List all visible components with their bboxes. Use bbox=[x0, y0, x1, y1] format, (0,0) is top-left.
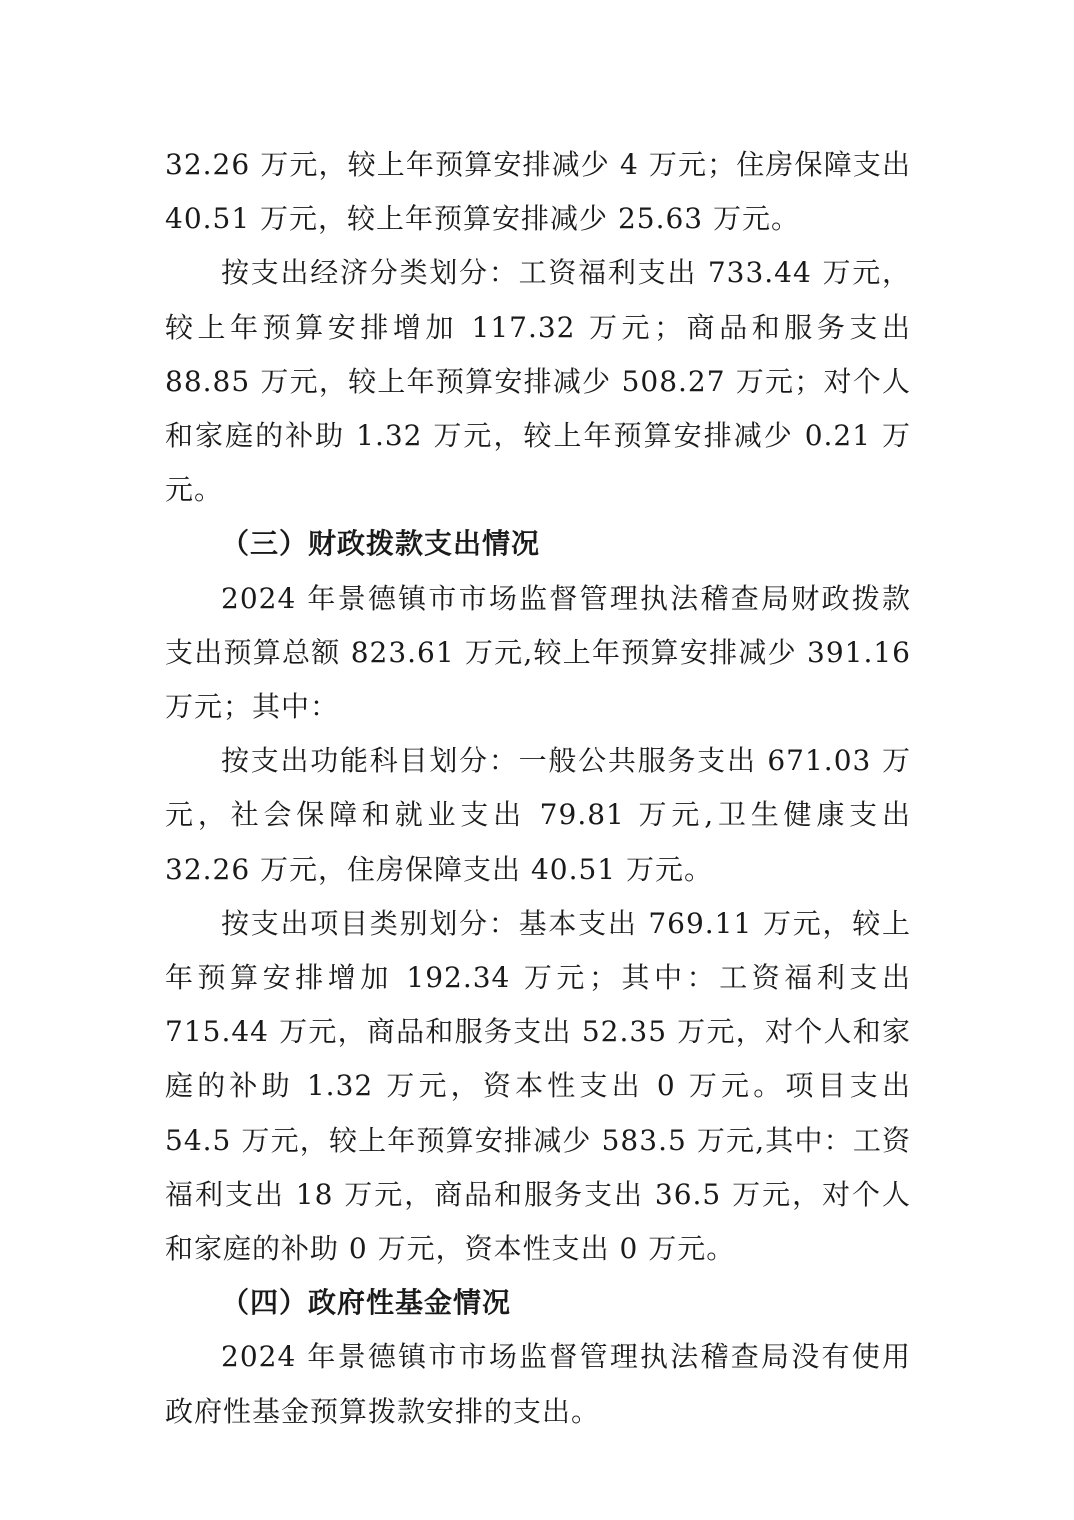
paragraph-functional-classification: 按支出功能科目划分：一般公共服务支出 671.03 万元，社会保障和就业支出 7… bbox=[165, 734, 911, 897]
paragraph-fiscal-total: 2024 年景德镇市市场监督管理执法稽查局财政拨款支出预算总额 823.61 万… bbox=[165, 572, 911, 735]
document-page: 32.26 万元，较上年预算安排减少 4 万元；住房保障支出 40.51 万元，… bbox=[165, 138, 911, 1439]
section-heading-government-funds: （四）政府性基金情况 bbox=[165, 1276, 911, 1330]
section-heading-fiscal-appropriation: （三）财政拨款支出情况 bbox=[165, 517, 911, 571]
paragraph-project-category: 按支出项目类别划分：基本支出 769.11 万元，较上年预算安排增加 192.3… bbox=[165, 897, 911, 1276]
paragraph-economic-classification: 按支出经济分类划分：工资福利支出 733.44 万元，较上年预算安排增加 117… bbox=[165, 246, 911, 517]
paragraph-continuation-health-housing: 32.26 万元，较上年预算安排减少 4 万元；住房保障支出 40.51 万元，… bbox=[165, 138, 911, 246]
paragraph-government-funds: 2024 年景德镇市市场监督管理执法稽查局没有使用政府性基金预算拨款安排的支出。 bbox=[165, 1330, 911, 1438]
